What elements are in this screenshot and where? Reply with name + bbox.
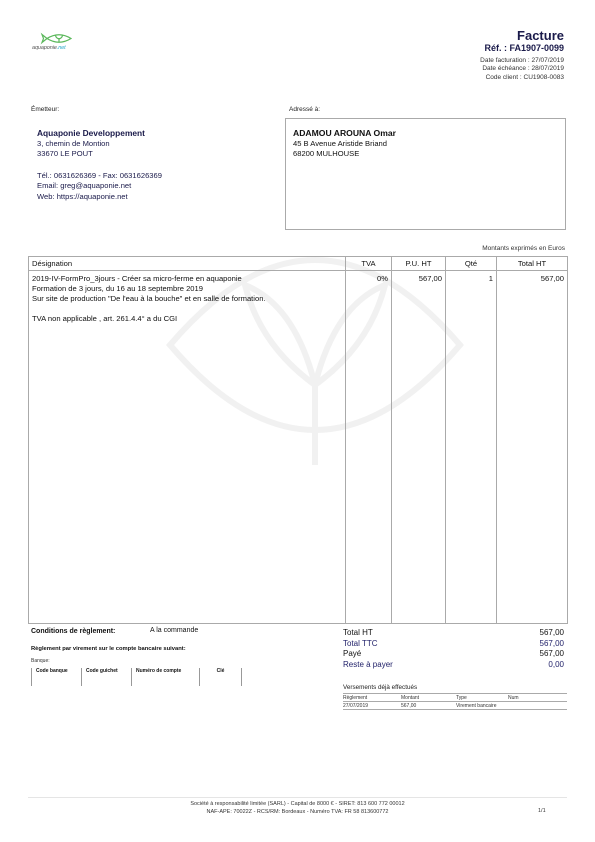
col-quantity: Qté bbox=[446, 257, 497, 271]
table-row: 2019-IV-FormPro_3jours - Créer sa micro-… bbox=[29, 271, 568, 624]
item-tva: 0% bbox=[346, 271, 392, 624]
bank-details-table: Code banque Code guichet Numéro de compt… bbox=[31, 668, 242, 686]
document-title: Facture bbox=[517, 28, 564, 43]
totals-block: Total HT567,00 Total TTC567,00 Payé567,0… bbox=[343, 628, 564, 670]
fish-logo-icon bbox=[38, 32, 78, 45]
recipient-block: ADAMOU AROUNA Omar 45 B Avenue Aristide … bbox=[293, 128, 396, 160]
footer-line1: Société à responsabilité limitée (SARL) … bbox=[0, 800, 595, 808]
recipient-name: ADAMOU AROUNA Omar bbox=[293, 128, 396, 139]
invoice-date: Date facturation : 27/07/2019 bbox=[480, 57, 564, 65]
account-number-col: Numéro de compte bbox=[131, 668, 199, 686]
total-ttc-row: Total TTC567,00 bbox=[343, 639, 564, 650]
bank-label: Banque: bbox=[31, 658, 50, 664]
payments-title: Versements déjà effectués bbox=[343, 684, 567, 691]
due-date: Date échéance : 28/07/2019 bbox=[480, 65, 564, 73]
bank-transfer-title: Règlement par virement sur le compte ban… bbox=[31, 646, 186, 652]
logo-text: aquaponie.net bbox=[32, 45, 66, 51]
recipient-label: Adressé à: bbox=[289, 106, 320, 113]
emitter-web[interactable]: Web: https://aquaponie.net bbox=[37, 192, 162, 203]
key-col: Clé bbox=[199, 668, 242, 686]
footer-line2: NAF-APE: 70022Z - RCS/RM: Bordeaux - Num… bbox=[0, 808, 595, 816]
branch-code-col: Code guichet bbox=[81, 668, 131, 686]
paid-row: Payé567,00 bbox=[343, 649, 564, 660]
emitter-address-line1: 3, chemin de Montion bbox=[37, 139, 162, 150]
footer-legal: Société à responsabilité limitée (SARL) … bbox=[0, 800, 595, 816]
item-quantity: 1 bbox=[446, 271, 497, 624]
emitter-phone-fax: Tél.: 0631626369 - Fax: 0631626369 bbox=[37, 171, 162, 182]
client-code: Code client : CU1908-0083 bbox=[480, 74, 564, 82]
col-tva: TVA bbox=[346, 257, 392, 271]
company-logo: aquaponie.net bbox=[30, 32, 90, 54]
payment-conditions-label: Conditions de règlement: bbox=[31, 628, 115, 635]
col-designation: Désignation bbox=[29, 257, 346, 271]
item-total: 567,00 bbox=[497, 271, 568, 624]
col-unit-price: P.U. HT bbox=[392, 257, 446, 271]
emitter-name: Aquaponie Developpement bbox=[37, 128, 162, 139]
items-header-row: Désignation TVA P.U. HT Qté Total HT bbox=[29, 257, 568, 271]
emitter-label: Émetteur: bbox=[31, 106, 59, 113]
emitter-email[interactable]: Email: greg@aquaponie.net bbox=[37, 181, 162, 192]
footer-divider bbox=[28, 797, 567, 798]
col-total: Total HT bbox=[497, 257, 568, 271]
recipient-address-line1: 45 B Avenue Aristide Briand bbox=[293, 139, 396, 150]
currency-note: Montants exprimés en Euros bbox=[482, 245, 565, 252]
bank-code-col: Code banque bbox=[31, 668, 81, 686]
item-unit-price: 567,00 bbox=[392, 271, 446, 624]
payments-header-row: Règlement Montant Type Num bbox=[343, 694, 567, 702]
payments-block: Versements déjà effectués Règlement Mont… bbox=[343, 684, 567, 710]
recipient-address-line2: 68200 MULHOUSE bbox=[293, 149, 396, 160]
invoice-meta: Date facturation : 27/07/2019 Date échéa… bbox=[480, 57, 564, 82]
remaining-row: Reste à payer0,00 bbox=[343, 660, 564, 671]
total-ht-row: Total HT567,00 bbox=[343, 628, 564, 639]
emitter-address-line2: 33670 LE POUT bbox=[37, 149, 162, 160]
items-table: Désignation TVA P.U. HT Qté Total HT 201… bbox=[28, 256, 568, 624]
invoice-reference: Réf. : FA1907-0099 bbox=[484, 43, 564, 53]
emitter-block: Aquaponie Developpement 3, chemin de Mon… bbox=[37, 128, 162, 202]
table-row: 27/07/2019 567,00 Virement bancaire bbox=[343, 702, 567, 710]
item-description: 2019-IV-FormPro_3jours - Créer sa micro-… bbox=[29, 271, 346, 624]
page-number: 1/1 bbox=[538, 808, 546, 814]
payment-conditions-value: A la commande bbox=[150, 627, 198, 634]
payments-table: Règlement Montant Type Num 27/07/2019 56… bbox=[343, 693, 567, 710]
